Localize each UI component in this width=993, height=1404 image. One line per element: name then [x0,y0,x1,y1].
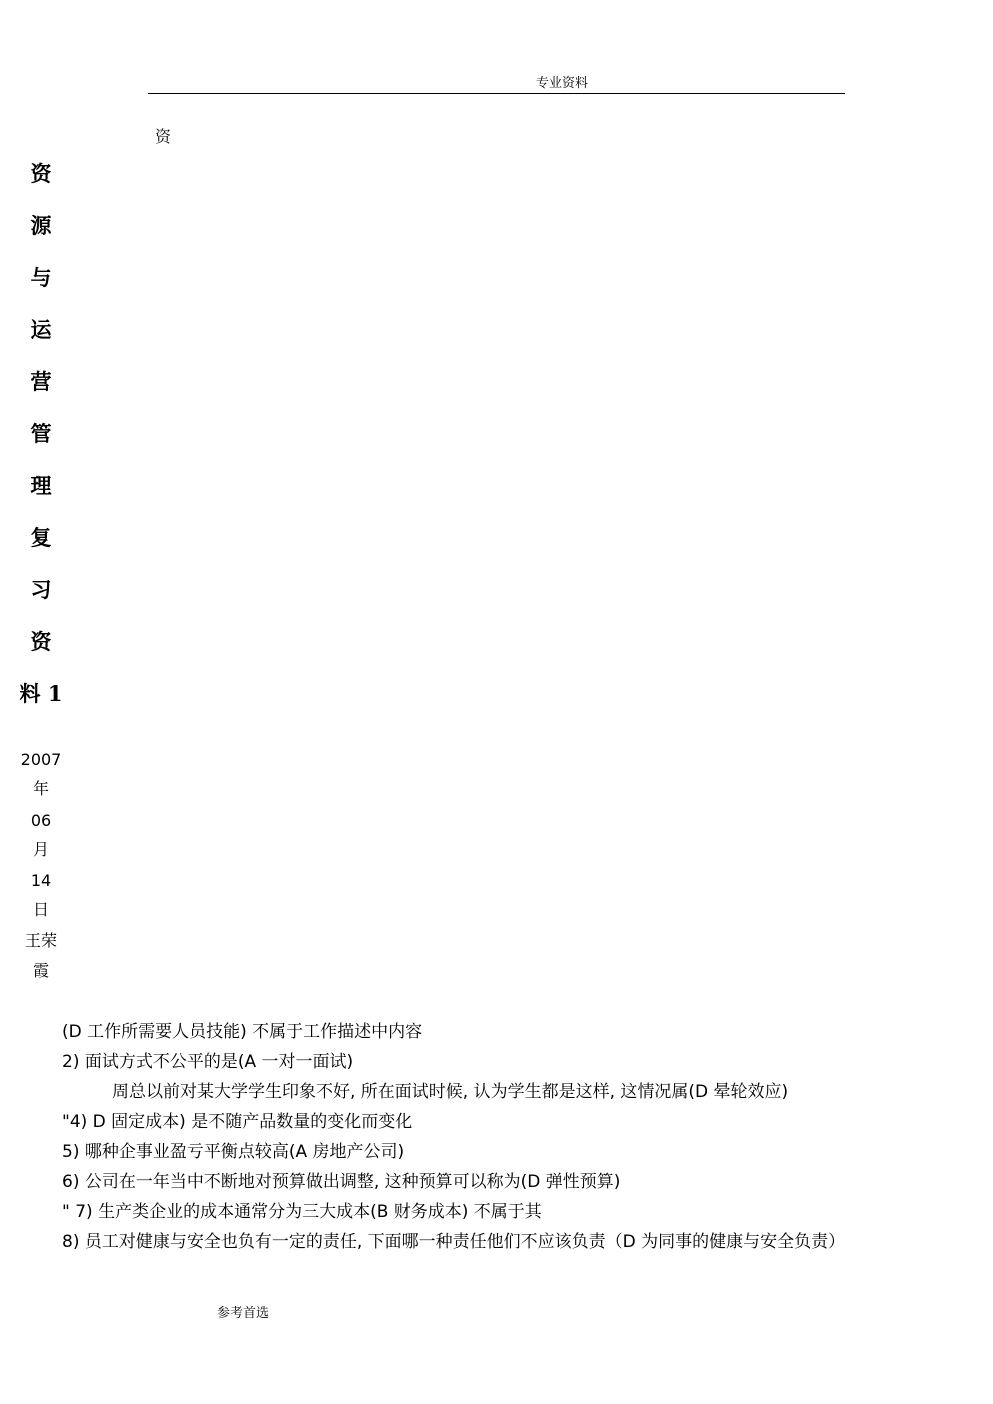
question-line: 2) 面试方式不公平的是(A 一对一面试) [62,1047,353,1072]
title-char: 资 [0,158,82,188]
question-line: 周总以前对某大学学生印象不好, 所在面试时候, 认为学生都是这样, 这情况属(D… [112,1077,788,1102]
title-char: 料 1 [0,678,82,708]
question-line: (D 工作所需要人员技能) 不属于工作描述中内容 [62,1017,422,1042]
title-char: 与 [0,262,82,292]
date-month-label: 月 [0,837,82,860]
date-year-label: 年 [0,776,82,799]
title-char: 运 [0,314,82,344]
title-char: 资 [0,626,82,656]
header-divider [148,93,845,94]
author-name-part1: 王荣 [0,928,82,951]
question-line: 6) 公司在一年当中不断地对预算做出调整, 这种预算可以称为(D 弹性预算) [62,1167,620,1192]
title-char: 营 [0,366,82,396]
question-line: "4) D 固定成本) 是不随产品数量的变化而变化 [62,1107,412,1132]
date-day: 14 [0,871,82,890]
question-line: " 7) 生产类企业的成本通常分为三大成本(B 财务成本) 不属于其 [62,1197,542,1222]
page-footer-text: 参考首选 [217,1302,269,1321]
page-header-title: 专业资料 [0,72,993,91]
title-char: 管 [0,418,82,448]
title-char: 源 [0,210,82,240]
title-char: 复 [0,522,82,552]
question-line: 8) 员工对健康与安全也负有一定的责任, 下面哪一种责任他们不应该负责（D 为同… [62,1227,845,1252]
title-char: 习 [0,574,82,604]
title-char: 理 [0,470,82,500]
date-month: 06 [0,811,82,830]
date-day-label: 日 [0,897,82,920]
date-year: 2007 [0,750,82,769]
question-line: 5) 哪种企事业盈亏平衡点较高(A 房地产公司) [62,1137,404,1162]
author-name-part2: 霞 [0,958,82,981]
stray-character: 资 [155,124,171,147]
